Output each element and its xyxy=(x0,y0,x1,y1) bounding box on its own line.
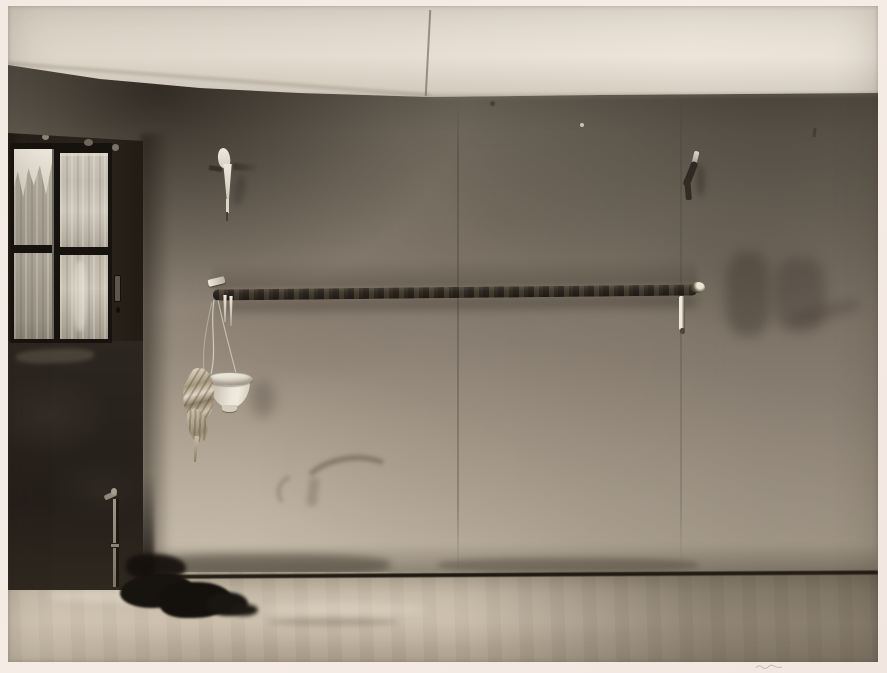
wall-speck xyxy=(490,101,495,106)
pencil-signature-mark xyxy=(755,663,785,671)
curtain-streaks xyxy=(60,153,108,247)
wall-smudge xyxy=(726,252,770,336)
door-bolt-knob xyxy=(111,488,117,495)
sconce-tip xyxy=(226,212,228,221)
door-handle xyxy=(114,275,121,302)
wall-seam-left xyxy=(457,98,459,576)
window-pane-bottom-right xyxy=(60,255,108,339)
photograph-print xyxy=(0,0,887,673)
sconce-drop xyxy=(226,199,229,213)
mullion-highlight xyxy=(52,149,54,339)
enamel-bowl-rim xyxy=(207,372,253,386)
floor-light-streak xyxy=(258,604,428,615)
dark-stain xyxy=(230,604,258,616)
glazing-highlight xyxy=(60,153,108,156)
shelf-rail-end-cap xyxy=(691,282,705,293)
keyhole xyxy=(116,307,120,313)
paint-chip xyxy=(112,144,119,151)
door-lower-panel xyxy=(8,341,143,590)
shelf-bracket-right-foot xyxy=(680,328,685,334)
hook-shadow xyxy=(696,164,705,196)
window-pane-bottom-left xyxy=(14,253,52,339)
window-pane-top-right xyxy=(60,153,108,247)
curtain-bunch xyxy=(74,261,86,331)
floor-dark-streak xyxy=(268,618,398,626)
hanging-strings xyxy=(198,294,258,382)
curtain-streaks xyxy=(14,253,52,339)
photo-image-area xyxy=(8,6,878,662)
shelf-bracket-right xyxy=(679,296,685,330)
paint-chip xyxy=(84,139,93,146)
enamel-bowl-foot xyxy=(222,405,237,412)
door xyxy=(8,127,143,590)
window-pane-top-left xyxy=(14,149,52,245)
wall-speck xyxy=(580,123,584,127)
door-bolt-guide xyxy=(110,543,120,548)
wall-base-grime xyxy=(438,558,698,572)
bowl-cast-shadow xyxy=(251,380,275,418)
door-window xyxy=(10,143,112,343)
